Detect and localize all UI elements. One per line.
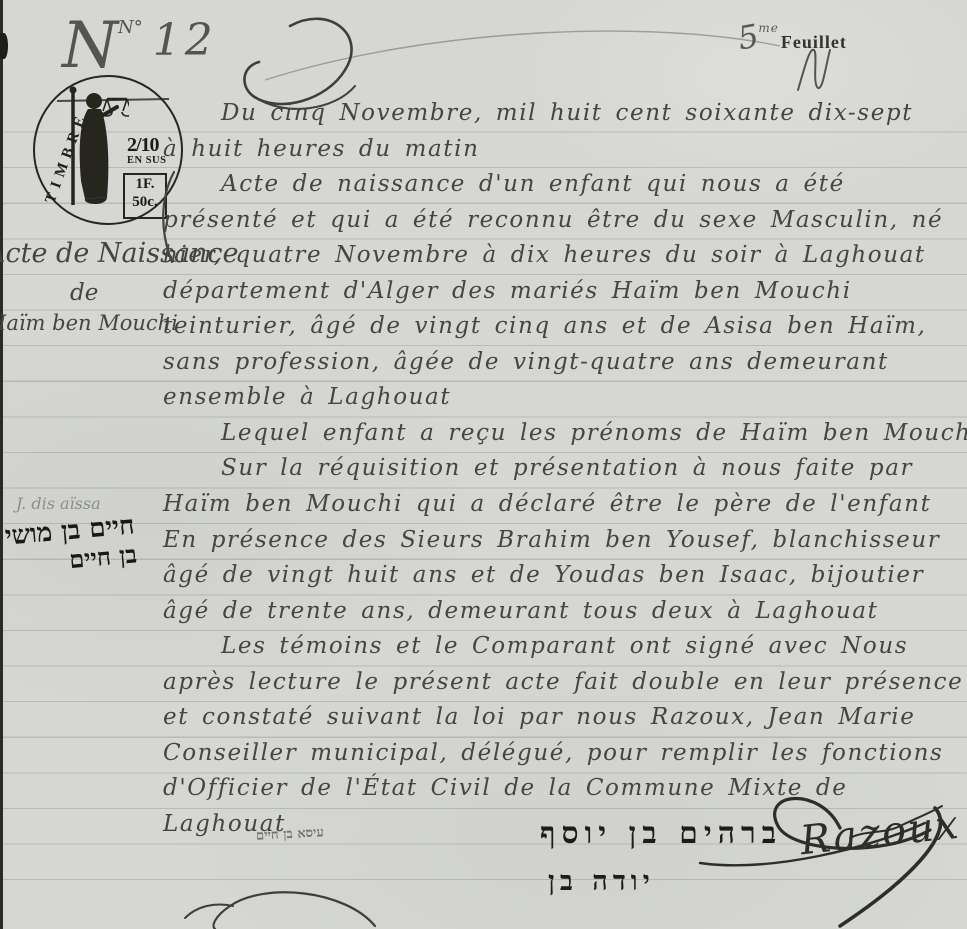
body-line: département d'Alger des mariés Haïm ben …	[163, 274, 965, 310]
act-number: NN°12	[62, 14, 217, 78]
body-line: Acte de naissance d'un enfant qui nous a…	[163, 167, 965, 203]
justice-figure-icon	[63, 85, 129, 215]
margin-hebrew-note: חיים בן מושי בן חיים	[4, 510, 138, 579]
body-line: âgé de vingt huit ans et de Youdas ben I…	[163, 558, 965, 594]
body-line: Les témoins et le Comparant ont signé av…	[163, 629, 965, 665]
margin-child-name: Haïm ben Mouchi	[0, 311, 178, 335]
body-line: En présence des Sieurs Brahim ben Yousef…	[163, 523, 965, 559]
body-line: à huit heures du matin	[163, 132, 965, 168]
body-line: présenté et qui a été reconnu être du se…	[163, 203, 965, 239]
body-line: Haïm ben Mouchi qui a déclaré être le pè…	[163, 487, 965, 523]
act-number-label: N°	[118, 17, 143, 38]
body-line: Conseiller municipal, délégué, pour remp…	[163, 736, 965, 772]
stamp-surcharge-fraction: 2/10	[127, 135, 166, 155]
stamp-surcharge: 2/10 EN SUS	[127, 135, 166, 166]
stamp-surcharge-words: EN SUS	[127, 155, 166, 166]
body-line: ensemble à Laghouat	[163, 380, 965, 416]
body-line: Sur la réquisition et présentation à nou…	[163, 451, 965, 487]
body-line: teinturier, âgé de vingt cinq ans et de …	[163, 309, 965, 345]
paraph-mark-icon	[792, 44, 848, 94]
body-line: âgé de trente ans, demeurant tous deux à…	[163, 594, 965, 630]
scan-edge	[0, 0, 3, 929]
act-number-n: N	[62, 9, 118, 83]
official-signature: Razoux	[690, 778, 967, 929]
body-line: hier, quatre Novembre à dix heures du so…	[163, 238, 965, 274]
margin-act-title-de: de	[70, 280, 98, 306]
bottom-flourish-icon	[175, 888, 385, 929]
signature-hebrew-line2: יודה בן	[548, 866, 655, 897]
body-line: Lequel enfant a reçu les prénoms de Haïm…	[163, 416, 965, 452]
body-text: Du cinq Novembre, mil huit cent soixante…	[163, 96, 965, 842]
body-line: sans profession, âgée de vingt-quatre an…	[163, 345, 965, 381]
body-line: et constaté suivant la loi par nous Razo…	[163, 700, 965, 736]
scan-edge-mark	[0, 33, 8, 59]
body-line: après lecture le présent acte fait doubl…	[163, 665, 965, 701]
margin-pencil-note: J. dis aïssa	[16, 494, 101, 513]
body-line: Du cinq Novembre, mil huit cent soixante…	[163, 96, 965, 132]
